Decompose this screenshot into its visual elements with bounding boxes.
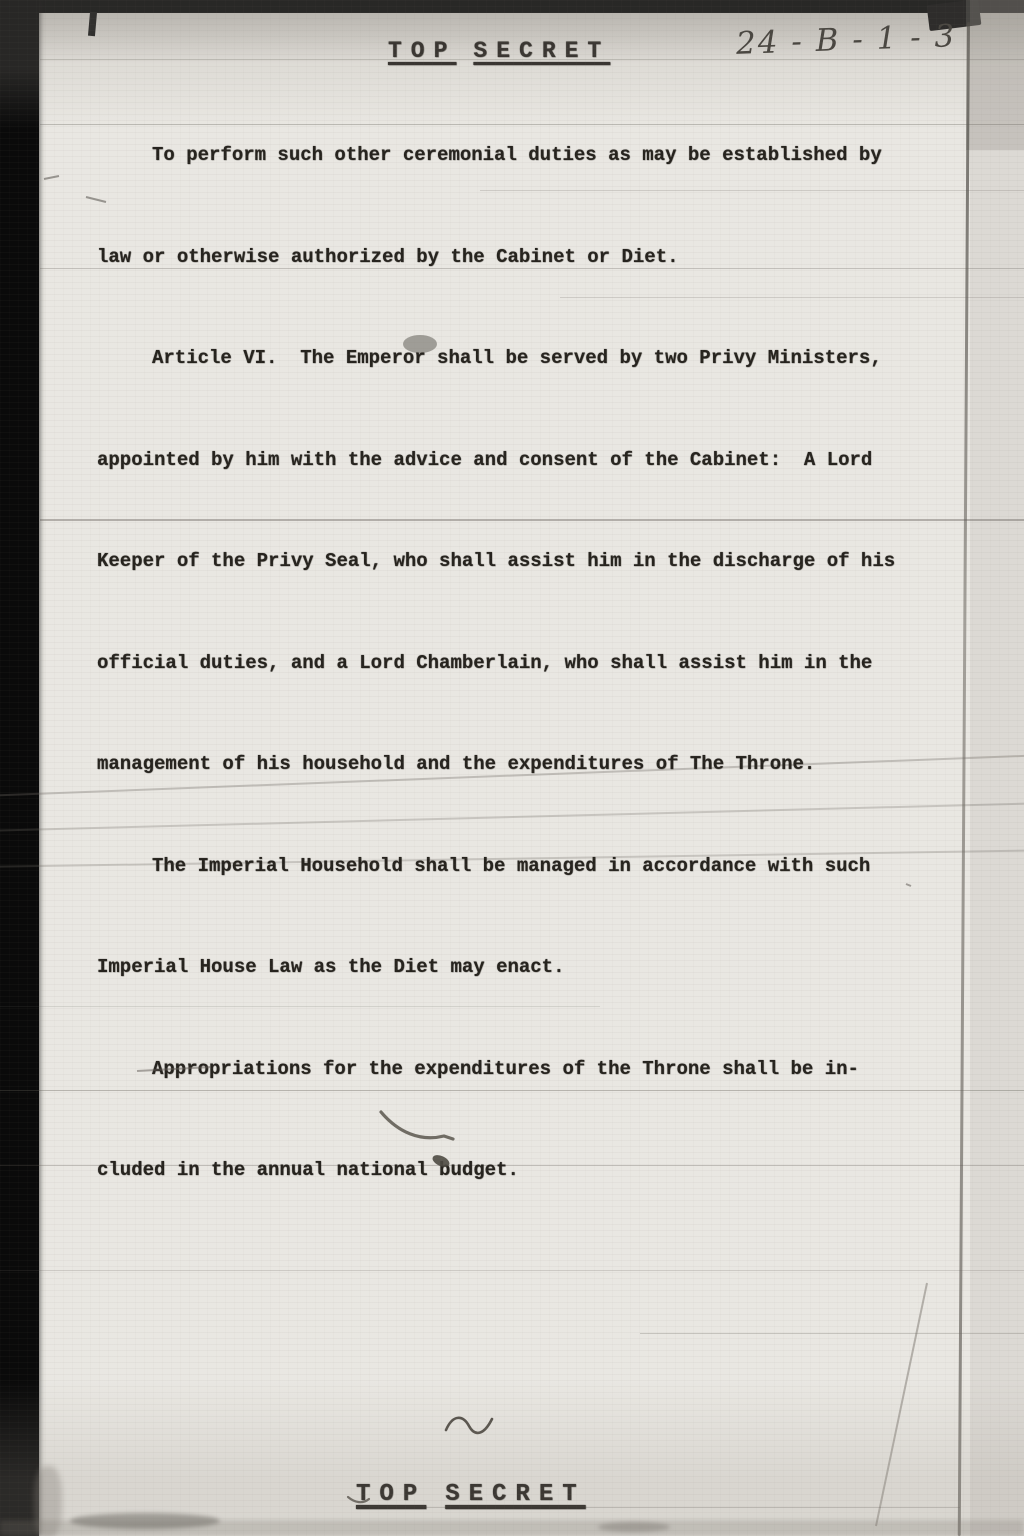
document-line: Article VI. The Emperor shall be served … <box>97 347 937 405</box>
pencil-tilde-mark <box>446 1418 492 1433</box>
scan-streak <box>640 1333 1024 1334</box>
document-line: management of his household and the expe… <box>97 753 937 811</box>
document-line: Keeper of the Privy Seal, who shall assi… <box>97 550 937 608</box>
document-line: Appropriations for the expenditures of t… <box>97 1058 937 1116</box>
document-line: To perform such other ceremonial duties … <box>97 144 937 202</box>
scan-streak <box>0 1270 1024 1271</box>
scan-top-edge <box>0 0 1024 13</box>
document-line: appointed by him with the advice and con… <box>97 449 937 507</box>
scan-left-edge <box>0 0 39 1536</box>
document-line: law or otherwise authorized by the Cabin… <box>97 246 937 304</box>
classification-stamp-top: TOPSECRET <box>388 38 610 64</box>
stamp-word-bottom-2: SECRET <box>445 1481 585 1508</box>
page-right-corner-shade <box>966 0 1024 150</box>
document-line: The Imperial Household shall be managed … <box>97 855 937 913</box>
stamp-word-bottom-1: TOP <box>356 1481 426 1508</box>
scan-bottom-grime <box>0 1520 1024 1536</box>
document-body: To perform such other ceremonial duties … <box>97 100 937 1261</box>
stamp-word-top-1: TOP <box>388 38 456 64</box>
classification-stamp-bottom: TOPSECRET <box>356 1481 586 1508</box>
diagonal-crease-bottom-right <box>876 1283 927 1526</box>
document-line: Imperial House Law as the Diet may enact… <box>97 956 937 1014</box>
handwritten-reference-number: 24 - B - 1 - 3 <box>735 18 956 62</box>
page-edge-line <box>958 22 970 1536</box>
document-line: cluded in the annual national budget. <box>97 1159 937 1217</box>
scanned-document-page: TOPSECRET 24 - B - 1 - 3 To perform such… <box>0 0 1024 1536</box>
page-right-margin-shade <box>970 0 1024 1536</box>
document-line: official duties, and a Lord Chamberlain,… <box>97 652 937 710</box>
stamp-word-top-2: SECRET <box>473 38 610 64</box>
